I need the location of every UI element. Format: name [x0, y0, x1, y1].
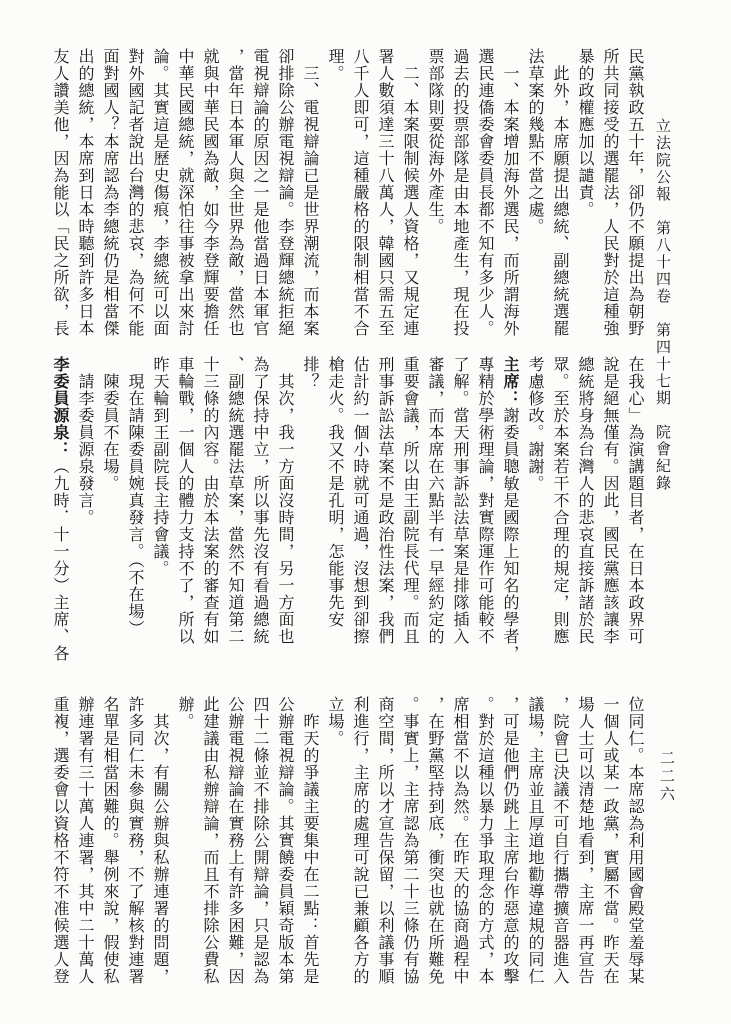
text-column: 立場。	[322, 696, 347, 988]
text-column: 考慮修改。謝謝。	[522, 356, 547, 650]
text-column: 了解。當天刑事訴訟法草案是排隊插入	[447, 356, 472, 650]
text-column: 請李委員源泉發言。	[72, 356, 97, 650]
page-number: 二二六	[656, 750, 677, 820]
text-column: 此建議由私辦辯論，而且不排除公費私	[197, 696, 222, 988]
text-band-bottom: 位同仁。本席認為利用國會殿堂羞辱某一個人或某一政黨，實屬不當。昨天在場人士可以清…	[45, 696, 647, 988]
text-column: 、副總統選罷法草案，當然不知道第二	[222, 356, 247, 650]
text-column: 昨天輪到王副院長主持會議。	[147, 356, 172, 650]
text-column: 一、本案增加海外選民，而所謂海外	[497, 48, 522, 340]
text-column: 場人士可以清楚地看到，主席一再宣告	[572, 696, 597, 988]
text-column: 位同仁。本席認為利用國會殿堂羞辱某	[622, 696, 647, 988]
text-column: 四十二條並不排除公開辯論，只是認為	[247, 696, 272, 988]
text-column: 其次，有關公辦與私辦連署的問題，	[147, 696, 172, 988]
text-column: 面對國人？本席認為李總統仍是相當傑	[97, 48, 122, 340]
text-band-top: 民黨執政五十年，卻仍不願提出為朝野所共同接受的選罷法，人民對於這種強暴的政權應加…	[45, 48, 647, 340]
text-band-middle: 在我心」為演講題目者，在日本政界可說是絕無僅有。因此，國民黨應該讓李總統將身為台…	[45, 356, 647, 650]
text-column: 電視辯論的原因之一是他當過日本軍官	[247, 48, 272, 340]
text-column: 刑事訴訟法草案不是政治性法案，我們	[372, 356, 397, 650]
text-column: 出的總統，本席到日本時聽到許多日本	[72, 48, 97, 340]
text-column: 議場，主席並且厚道地勸導違規的同仁	[522, 696, 547, 988]
text-column: 主席：謝委員聰敏是國際上知名的學者，	[497, 356, 522, 650]
text-column: 在我心」為演講題目者，在日本政界可	[622, 356, 647, 650]
text-column: 陳委員不在場。	[97, 356, 122, 650]
text-column: 。對於這種以暴力爭取理念的方式，本	[472, 696, 497, 988]
text-column: 票部隊則要從海外產生。	[422, 48, 447, 340]
gazette-header: 立法院公報 第八十四卷 第四十七期 院會紀錄	[652, 118, 673, 518]
text-column: 二、本案限制候選人資格，又規定連	[397, 48, 422, 340]
text-column: 署人數須達三十八萬人，韓國只需五至	[372, 48, 397, 340]
text-column: 。事實上，主席認為第二十三條仍有協	[397, 696, 422, 988]
text-column: 李委員源泉：（九時．十一分）主席、各	[47, 356, 72, 650]
text-column: 八千人即可，這種嚴格的限制相當不合	[347, 48, 372, 340]
text-column: 說是絕無僅有。因此，國民黨應該讓李	[597, 356, 622, 650]
text-column: 友人讚美他，因為能以「民之所欲，長	[47, 48, 72, 340]
text-column: 理。	[322, 48, 347, 340]
text-column: 利進行，主席的處理可說已兼顧各方的	[347, 696, 372, 988]
text-column: 論。其實這是歷史傷痕，李總統可以面	[147, 48, 172, 340]
text-column: 重複，選委會以資格不符不准候選人登	[47, 696, 72, 988]
text-column: 辦。	[172, 696, 197, 988]
text-column: 暴的政權應加以譴責。	[572, 48, 597, 340]
text-column: 卻排除公辦電視辯論。李登輝總統拒絕	[272, 48, 297, 340]
text-column: 辦連署有三十萬人連署，其中二十萬人	[72, 696, 97, 988]
text-column: 就與中華民國為敵，如今李登輝要擔任	[197, 48, 222, 340]
gazette-page: 立法院公報 第八十四卷 第四十七期 院會紀錄 二二六 民黨執政五十年，卻仍不願提…	[0, 0, 731, 1024]
text-column: 車輪戰，一個人的體力支持不了，所以	[172, 356, 197, 650]
text-column: 許多同仁未參與實務，不了解核對連署	[122, 696, 147, 988]
text-column: 公辦電視辯論。其實饒委員穎奇版本第	[272, 696, 297, 988]
text-column: ，當年日本軍人與全世界為敵，當然也	[222, 48, 247, 340]
text-column: 審議，而本席在六點半有一早經約定的	[422, 356, 447, 650]
text-column: 昨天的爭議主要集中在二點：首先是	[297, 696, 322, 988]
text-column: 中華民國總統，就深怕往事被拿出來討	[172, 48, 197, 340]
text-column: 民黨執政五十年，卻仍不願提出為朝野	[622, 48, 647, 340]
text-column: 其次，我一方面沒時間，另一方面也	[272, 356, 297, 650]
text-column: 一個人或某一政黨，實屬不當。昨天在	[597, 696, 622, 988]
text-column: 此外，本席願提出總統、副總統選罷	[547, 48, 572, 340]
text-column: 所共同接受的選罷法，人民對於這種強	[597, 48, 622, 340]
text-column: 公辦電視辯論在實務上有許多困難，因	[222, 696, 247, 988]
text-column: 估計約一個小時就可通過，沒想到卻擦	[347, 356, 372, 650]
text-column: 重要會議，所以由王副院長代理。而且	[397, 356, 422, 650]
text-column: 席相當不以為然。在昨天的協商過程中	[447, 696, 472, 988]
text-column: 過去的投票部隊是由本地產生，現在投	[447, 48, 472, 340]
text-column: 總統將身為台灣人的悲哀直接訴諸於民	[572, 356, 597, 650]
text-column: 為了保持中立，所以事先沒有看過總統	[247, 356, 272, 650]
text-column: ，在野黨堅持到底，衝突也就在所難免	[422, 696, 447, 988]
text-column: 選民連僑委會委員長都不知有多少人。	[472, 48, 497, 340]
text-column: ，可是他們仍跳上主席台作惡意的攻擊	[497, 696, 522, 988]
text-column: 三、電視辯論已是世界潮流，而本案	[297, 48, 322, 340]
text-column: ，院會已決議不可自行攜帶擴音器進入	[547, 696, 572, 988]
text-column: 眾。至於本案若干不合理的規定，則應	[547, 356, 572, 650]
text-column: 法草案的幾點不當之處。	[522, 48, 547, 340]
text-column: 排？	[297, 356, 322, 650]
text-column: 名單是相當困難的。舉例來說，假使私	[97, 696, 122, 988]
text-column: 十三條的內容。由於本法案的審查有如	[197, 356, 222, 650]
text-column: 商空間，所以才宣告保留，以利議事順	[372, 696, 397, 988]
text-column: 對外國記者說出台灣的悲哀，為何不能	[122, 48, 147, 340]
text-column: 槍走火。我又不是孔明，怎能事先安	[322, 356, 347, 650]
text-column: 專精於學術理論，對實際運作可能較不	[472, 356, 497, 650]
text-column: 現在請陳委員婉真發言。（不在場）	[122, 356, 147, 650]
